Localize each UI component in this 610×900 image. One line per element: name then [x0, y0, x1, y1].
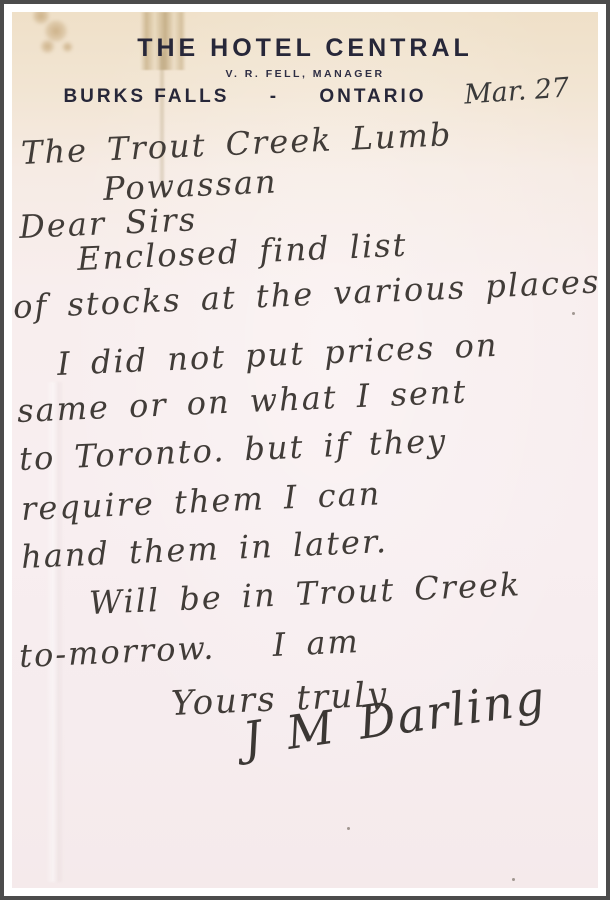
- location-separator: -: [270, 86, 279, 108]
- handwritten-line: Will be in Trout Creek: [88, 565, 522, 622]
- location-ontario: ONTARIO: [319, 86, 426, 107]
- handwritten-line: to Toronto. but if they: [18, 421, 448, 478]
- ink-speck: [572, 312, 575, 315]
- handwritten-line: to-morrow. I am: [18, 622, 360, 675]
- scan-frame: THE HOTEL CENTRAL V. R. FELL, MANAGER BU…: [0, 0, 610, 900]
- letter-paper: THE HOTEL CENTRAL V. R. FELL, MANAGER BU…: [12, 12, 598, 888]
- ink-speck: [347, 827, 350, 830]
- ink-speck: [512, 878, 515, 881]
- handwritten-line: hand them in later.: [20, 522, 388, 576]
- handwritten-line: require them I can: [20, 474, 382, 528]
- location-burks-falls: BURKS FALLS: [63, 86, 229, 107]
- hotel-name: THE HOTEL CENTRAL: [12, 34, 598, 63]
